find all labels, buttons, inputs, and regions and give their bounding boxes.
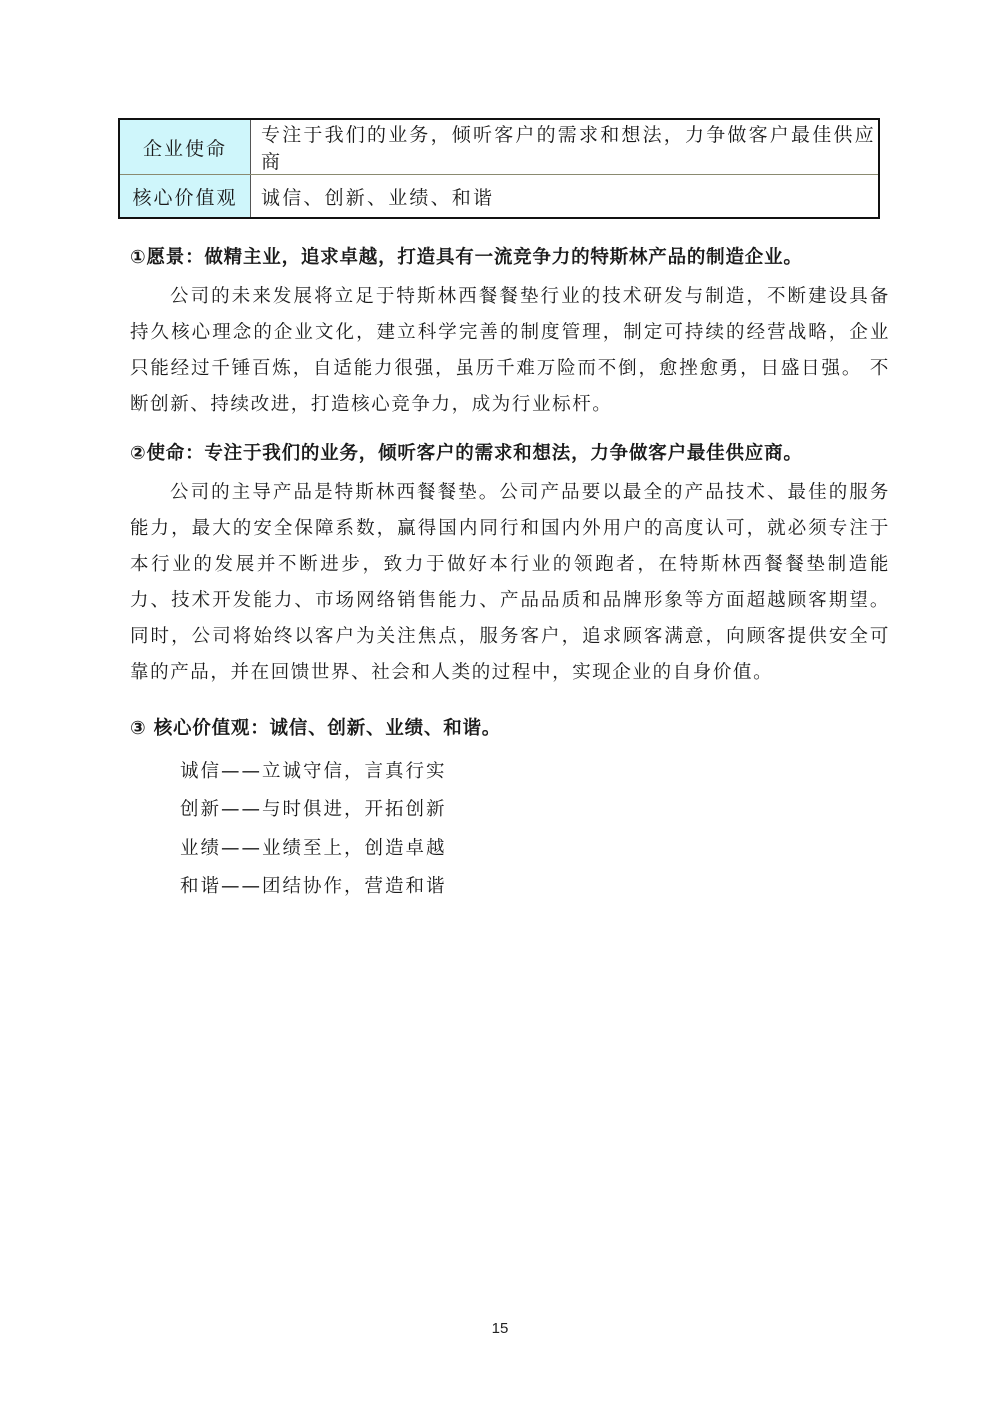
table-row: 核心价值观 诚信、创新、业绩、和谐 [119, 175, 879, 219]
mission-values-table: 企业使命 专注于我们的业务，倾听客户的需求和想法，力争做客户最佳供应商 核心价值… [118, 118, 880, 219]
page-number: 15 [0, 1320, 1000, 1337]
vision-heading: ①愿景：做精主业，追求卓越，打造具有一流竞争力的特斯林产品的制造企业。 [130, 240, 890, 276]
table-value-mission: 专注于我们的业务，倾听客户的需求和想法，力争做客户最佳供应商 [251, 119, 880, 175]
core-value-item: 诚信——立诚守信，言真行实 [180, 757, 447, 783]
mission-body: 公司的主导产品是特斯林西餐餐垫。公司产品要以最全的产品技术、最佳的服务能力，最大… [130, 475, 890, 691]
table-label-mission: 企业使命 [119, 119, 251, 175]
core-value-item: 业绩——业绩至上，创造卓越 [180, 834, 447, 860]
mission-heading: ②使命：专注于我们的业务，倾听客户的需求和想法，力争做客户最佳供应商。 [130, 436, 890, 472]
table-value-core-values: 诚信、创新、业绩、和谐 [251, 175, 880, 219]
table-row: 企业使命 专注于我们的业务，倾听客户的需求和想法，力争做客户最佳供应商 [119, 119, 879, 175]
core-values-heading: ③ 核心价值观：诚信、创新、业绩、和谐。 [130, 711, 890, 747]
vision-body: 公司的未来发展将立足于特斯林西餐餐垫行业的技术研发与制造，不断建设具备持久核心理… [130, 279, 890, 423]
core-value-item: 和谐——团结协作，营造和谐 [180, 872, 447, 898]
table-label-core-values: 核心价值观 [119, 175, 251, 219]
core-value-item: 创新——与时俱进，开拓创新 [180, 795, 447, 821]
